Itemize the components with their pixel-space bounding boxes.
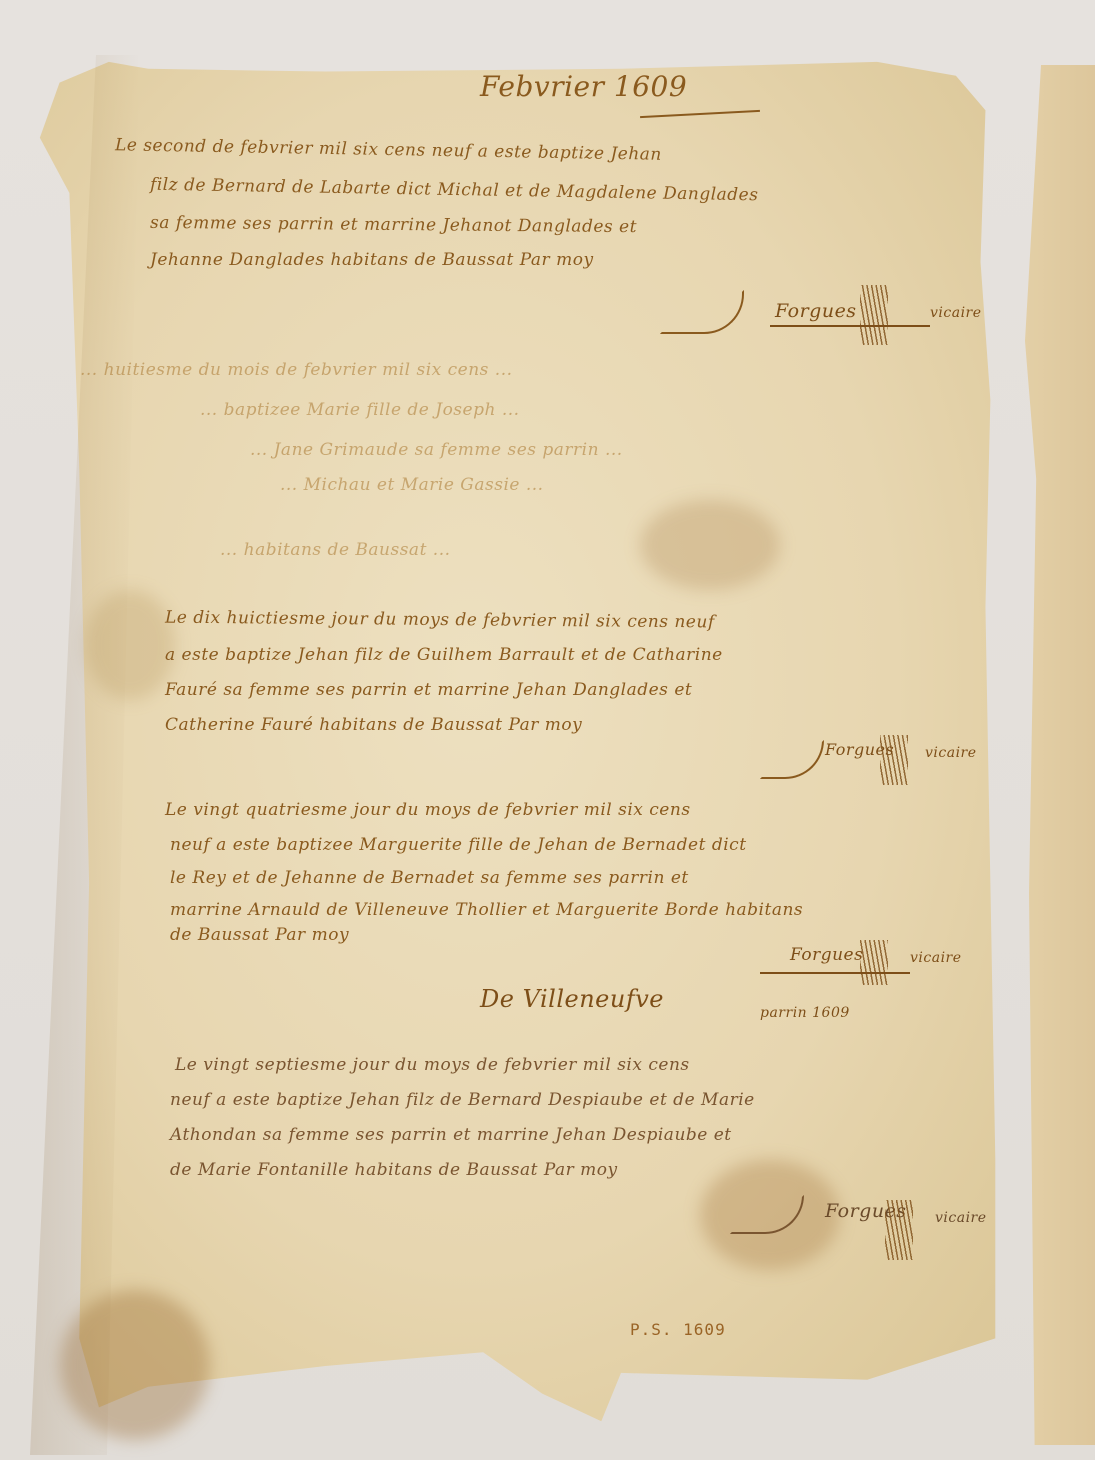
entry-line: neuf a este baptize Jehan filz de Bernar… (170, 1090, 755, 1110)
signature-hatch (860, 285, 888, 345)
signature-hatch (880, 735, 908, 785)
entry-line: ... Jane Grimaude sa femme ses parrin ..… (250, 440, 623, 460)
entry-line: Fauré sa femme ses parrin et marrine Jeh… (165, 680, 692, 700)
signature-name: Forgues (775, 300, 857, 322)
entry-line: Athondan sa femme ses parrin et marrine … (170, 1125, 732, 1145)
margin-note-annotation: parrin 1609 (760, 1005, 850, 1021)
water-stain (640, 500, 780, 590)
signature-strike (770, 325, 930, 327)
entry-line: de Baussat Par moy (170, 925, 349, 945)
page-heading: Febvrier 1609 (480, 70, 687, 103)
entry-line: ... Michau et Marie Gassie ... (280, 475, 544, 495)
signature-role: vicaire (930, 305, 982, 321)
signature-role: vicaire (925, 745, 977, 761)
entry-line: Catherine Fauré habitans de Baussat Par … (165, 715, 582, 735)
margin-note-name: De Villeneufve (480, 985, 664, 1013)
archive-stamp: P.S. 1609 (630, 1320, 726, 1339)
signature-role: vicaire (935, 1210, 987, 1226)
entry-line: le Rey et de Jehanne de Bernadet sa femm… (170, 868, 689, 888)
signature-role: vicaire (910, 950, 962, 966)
entry-line: ... habitans de Baussat ... (220, 540, 451, 560)
adjacent-page-edge (1025, 65, 1095, 1445)
entry-line: sa femme ses parrin et marrine Jehanot D… (150, 213, 637, 237)
entry-line: Jehanne Danglades habitans de Baussat Pa… (150, 250, 594, 270)
entry-line: ... baptizee Marie fille de Joseph ... (200, 400, 520, 420)
water-stain (60, 1290, 210, 1440)
entry-line: Le vingt quatriesme jour du moys de febv… (165, 800, 691, 820)
water-stain (85, 590, 175, 700)
entry-line: ... huitiesme du mois de febvrier mil si… (80, 360, 513, 380)
entry-line: neuf a este baptizee Marguerite fille de… (170, 835, 747, 855)
signature-name: Forgues (790, 945, 863, 965)
signature-hatch (885, 1200, 913, 1260)
entry-line: Le vingt septiesme jour du moys de febvr… (175, 1055, 690, 1075)
entry-line: marrine Arnauld de Villeneuve Thollier e… (170, 900, 803, 920)
entry-line: a este baptize Jehan filz de Guilhem Bar… (165, 645, 723, 665)
signature-hatch (860, 940, 888, 985)
entry-line: de Marie Fontanille habitans de Baussat … (170, 1160, 618, 1180)
